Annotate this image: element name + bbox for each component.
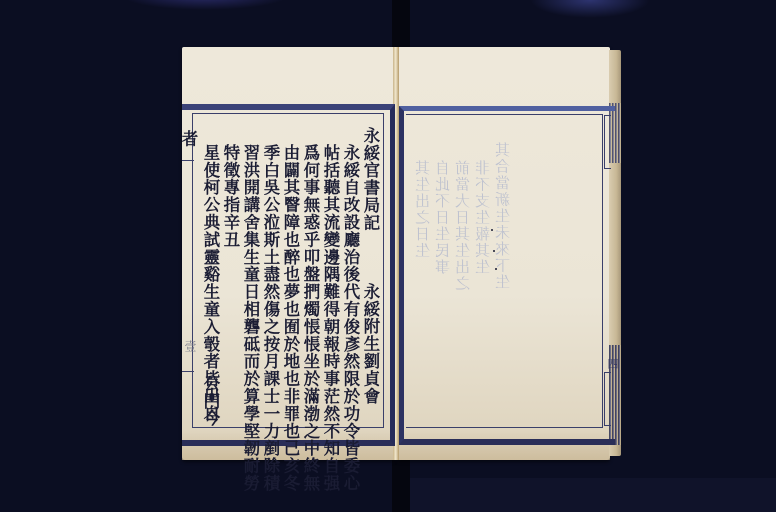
background-glow (120, 0, 290, 10)
bleed-through-text: 其生出之日生 (414, 160, 432, 259)
folio-page-number: 壹 (182, 340, 199, 352)
ink-speck (495, 268, 497, 270)
bleed-through-text: 自此不日生民事 (434, 160, 452, 276)
fishtail-mark (182, 160, 194, 161)
text-column: 者 (178, 130, 198, 147)
bleed-through-text: 前當大日其生出之 (454, 160, 472, 292)
text-column: 特徵專指辛丑 (220, 144, 240, 248)
text-column: 永綏自改設廳治後代有俊彥然限於功令皆委心 (340, 144, 360, 492)
background-glow (530, 0, 650, 18)
fishtail-mark (604, 372, 611, 426)
fishtail-mark (182, 371, 194, 372)
ink-speck (491, 229, 493, 231)
byline: 永綏附生劉貞會 (360, 283, 380, 405)
text-column: 由闢其瞖障也醉也夢也囿於地也非罪也己亥冬 (280, 144, 300, 492)
text-column: 季白吳公涖斯土盡然傷之按月課士一力剷除積 (260, 144, 280, 492)
ink-speck (493, 250, 495, 252)
text-column: 習洪開講舍集生童日相礱砥而於算學堅韌耐勞 (240, 144, 260, 492)
folio-page-number: 四 (604, 358, 620, 369)
fishtail-mark (604, 115, 611, 169)
document-title: 永綏官書局記 (360, 127, 380, 231)
text-column: 公門今 (200, 375, 220, 427)
bleed-through-text: 非不支生報其生 (474, 160, 492, 276)
text-column: 帖括聽其流變邊隅難得朝報時事茫然不知自强 (320, 144, 340, 492)
background-shadow (410, 478, 776, 512)
text-column: 爲何事無惑乎叩盤捫燭悵悵坐於滿渤之中終無 (300, 144, 320, 492)
